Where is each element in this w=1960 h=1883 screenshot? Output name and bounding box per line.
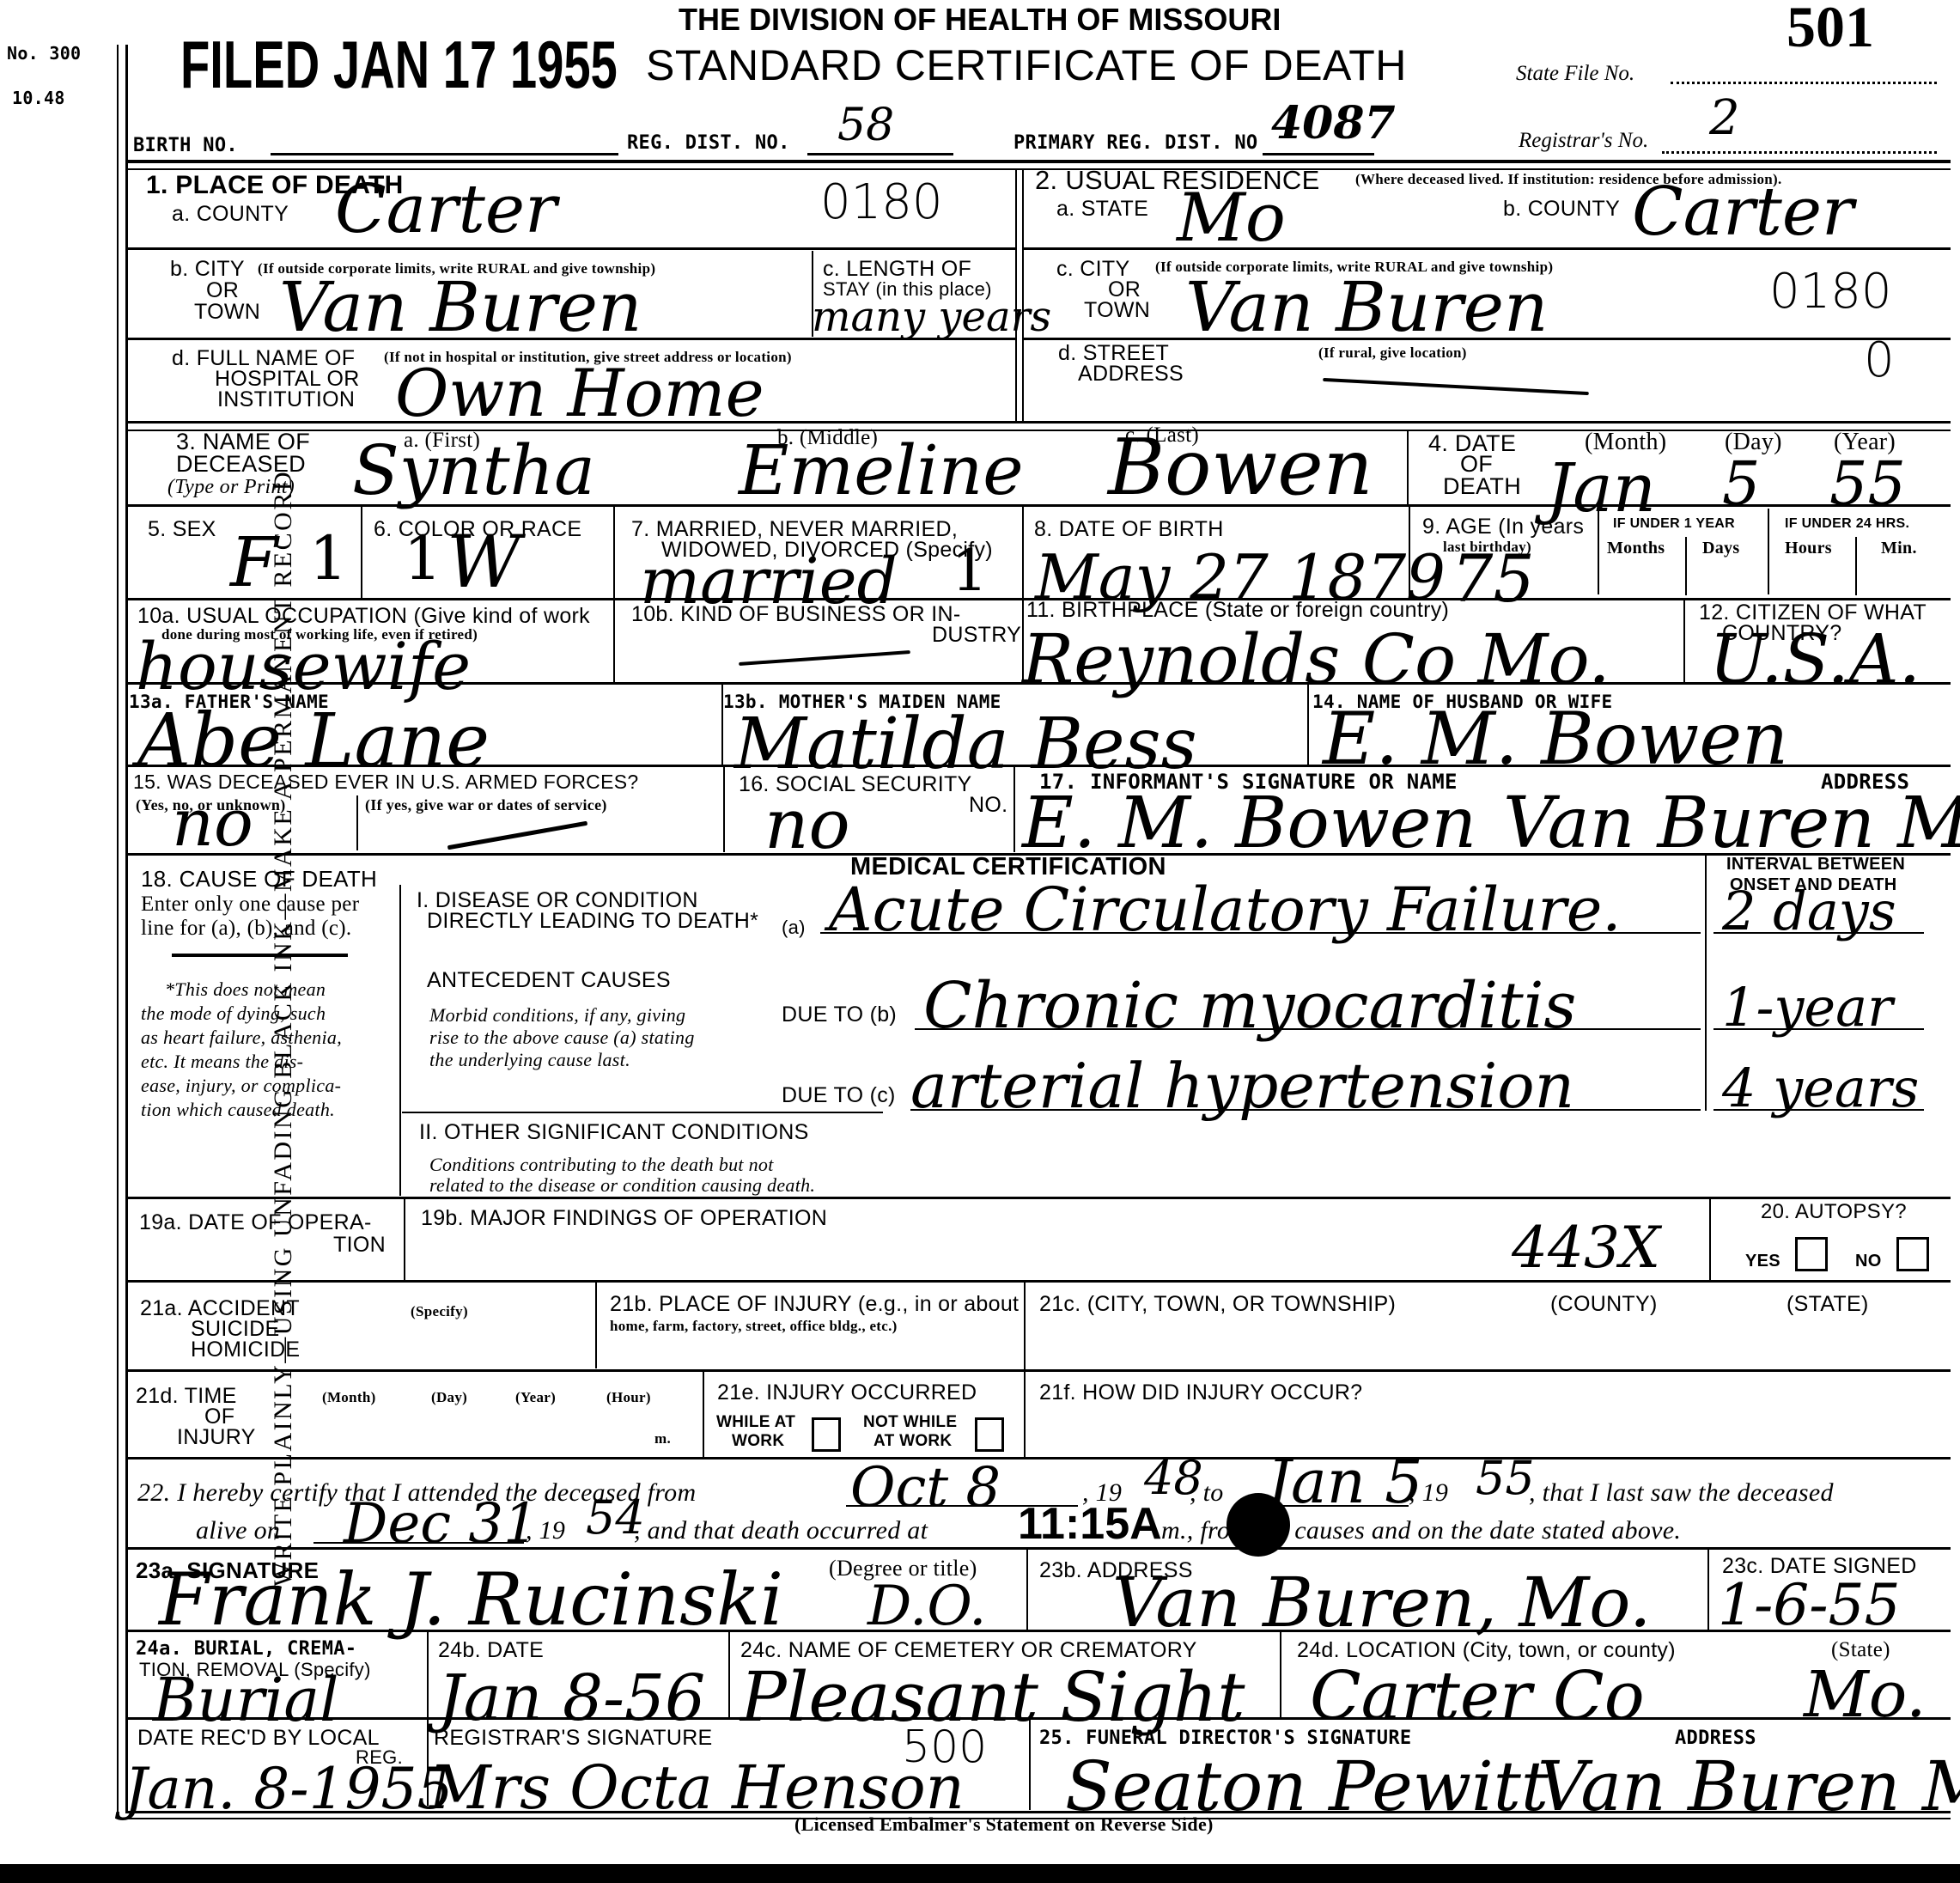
occupation-label: 10a. USUAL OCCUPATION (Give kind of work xyxy=(137,605,590,627)
birthplace-label: 11. BIRTHPLACE (State or foreign country… xyxy=(1026,599,1449,621)
cause-c-value[interactable]: arterial hypertension xyxy=(910,1055,1574,1117)
cause-note-3: as heart failure, asthenia, xyxy=(141,1027,342,1047)
county-value[interactable]: Carter xyxy=(335,176,557,243)
registrar-no-label: Registrar's No. xyxy=(1519,129,1648,153)
armed-forces-service-dash xyxy=(447,821,587,850)
form-number: No. 300 xyxy=(7,45,81,63)
age-value[interactable]: 75 xyxy=(1452,546,1535,612)
not-while-at-work-checkbox[interactable] xyxy=(975,1417,1004,1452)
ssn-value[interactable]: no xyxy=(764,790,850,859)
street-code: 0 xyxy=(1864,337,1895,385)
registrar-code: 500 xyxy=(902,1725,987,1770)
days-label: Days xyxy=(1702,539,1739,558)
or-label: OR xyxy=(206,279,239,302)
other-conditions-hint: Conditions contributing to the death but… xyxy=(429,1155,774,1174)
street-value-dash xyxy=(1323,378,1589,395)
footer-note: (Licensed Embalmer's Statement on Revers… xyxy=(794,1814,1214,1834)
interval-label: INTERVAL BETWEEN xyxy=(1726,856,1905,874)
other-conditions-hint-2: related to the disease or condition caus… xyxy=(429,1175,815,1195)
date-signed-value[interactable]: 1-6-55 xyxy=(1718,1577,1901,1634)
while-at-work-label: WHILE AT xyxy=(716,1414,795,1431)
primary-reg-dist-value: 4087 xyxy=(1271,101,1396,146)
disposition-date-value[interactable]: Jan 8-56 xyxy=(438,1667,705,1730)
physician-degree[interactable]: D.O. xyxy=(867,1579,986,1634)
while-at-work-checkbox[interactable] xyxy=(812,1417,841,1452)
injury-m-label: m. xyxy=(654,1431,671,1447)
reg-dist-label: REG. DIST. NO. xyxy=(627,133,790,153)
father-name-value[interactable]: Abe Lane xyxy=(137,704,490,778)
birth-no-label: BIRTH NO. xyxy=(133,136,238,155)
registrar-signature-label: REGISTRAR'S SIGNATURE xyxy=(434,1727,713,1749)
burial-label: 24a. BURIAL, CREMA- xyxy=(136,1639,356,1659)
cause-of-death-label: 18. CAUSE OF DEATH xyxy=(141,868,377,891)
first-name-value[interactable]: Syntha xyxy=(352,436,595,505)
city-label: b. CITY xyxy=(170,258,245,280)
residence-county-label: b. COUNTY xyxy=(1503,198,1620,220)
age-label: 9. AGE (In years xyxy=(1422,515,1584,538)
funeral-director-label: 25. FUNERAL DIRECTOR'S SIGNATURE xyxy=(1039,1728,1411,1748)
date-of-death-label-3: DEATH xyxy=(1443,474,1521,498)
injury-place-label: 21b. PLACE OF INJURY (e.g., in or about xyxy=(610,1293,1019,1315)
certify-line1-suffix: , that I last saw the deceased xyxy=(1529,1479,1834,1507)
while-at-work-label-2: WORK xyxy=(732,1433,784,1450)
physician-address-value[interactable]: Van Buren, Mo. xyxy=(1112,1569,1651,1637)
registrar-no-value: 2 xyxy=(1709,94,1740,143)
hospital-value[interactable]: Own Home xyxy=(395,361,764,426)
registrar-signature-value[interactable]: Mrs Octa Henson xyxy=(429,1758,965,1818)
birth-no-field[interactable] xyxy=(271,153,618,155)
months-label: Months xyxy=(1607,539,1665,558)
name-label-3: (Type or Print) xyxy=(167,477,295,498)
occupation-value[interactable]: housewife xyxy=(136,634,471,699)
cause-note-5: ease, injury, or complica- xyxy=(141,1076,341,1095)
burial-value[interactable]: Burial xyxy=(153,1670,339,1730)
sex-label: 5. SEX xyxy=(148,518,216,540)
burial-location-value[interactable]: Carter Co xyxy=(1310,1663,1645,1730)
alive-on-label: alive on xyxy=(196,1517,280,1545)
interval-a-value[interactable]: 2 days xyxy=(1722,885,1896,938)
antecedent-hint: Morbid conditions, if any, giving xyxy=(429,1005,685,1025)
injury-year-label: (Year) xyxy=(515,1390,556,1405)
county-code: 0180 xyxy=(820,179,943,227)
alive-year-prefix: , 19 xyxy=(526,1517,565,1545)
injury-state-label: (STATE) xyxy=(1787,1293,1869,1315)
street-hint: (If rural, give location) xyxy=(1318,345,1467,361)
sex-code: 1 xyxy=(309,528,348,588)
to-word: , to xyxy=(1190,1479,1224,1507)
not-while-at-work-label-2: AT WORK xyxy=(873,1433,952,1450)
race-value[interactable]: W xyxy=(447,526,520,598)
cause-note-4: etc. It means the dis- xyxy=(141,1051,303,1071)
other-conditions-label: II. OTHER SIGNIFICANT CONDITIONS xyxy=(419,1121,809,1143)
armed-forces-value[interactable]: no xyxy=(172,790,253,856)
business-label: 10b. KIND OF BUSINESS OR IN- xyxy=(631,603,961,625)
residence-county-value[interactable]: Carter xyxy=(1632,179,1853,246)
cause-note-2: the mode of dying, such xyxy=(141,1003,326,1023)
sex-value[interactable]: F xyxy=(230,528,278,597)
under-1yr-label: IF UNDER 1 YEAR xyxy=(1613,517,1735,532)
injury-month-label: (Month) xyxy=(322,1390,376,1405)
operation-date-label-2: TION xyxy=(333,1234,386,1256)
residence-city-value[interactable]: Van Buren xyxy=(1185,273,1549,342)
business-label-2: DUSTRY xyxy=(932,624,1021,646)
residence-city-code: 0180 xyxy=(1769,268,1892,316)
cause-a-marker: (a) xyxy=(782,917,806,937)
injury-specify-label: (Specify) xyxy=(411,1304,468,1319)
interval-b-value[interactable]: 1-year xyxy=(1722,981,1893,1034)
not-while-at-work-label: NOT WHILE xyxy=(863,1414,957,1431)
due-to-b-label: DUE TO (b) xyxy=(782,1003,897,1026)
attended-to-date[interactable]: Jan 5 xyxy=(1267,1452,1423,1512)
residence-town-label: TOWN xyxy=(1084,299,1150,321)
informant-value[interactable]: E. M. Bowen xyxy=(1022,789,1476,859)
injury-time-label-3: INJURY xyxy=(177,1426,256,1448)
injury-occurred-label: 21e. INJURY OCCURRED xyxy=(717,1381,977,1404)
hours-label: Hours xyxy=(1785,539,1832,558)
code-value: 443X xyxy=(1512,1220,1660,1277)
date-received-label: DATE REC'D BY LOCAL xyxy=(137,1727,380,1749)
county-label: a. COUNTY xyxy=(172,203,289,225)
time-of-death-value[interactable]: 11:15A xyxy=(1018,1502,1162,1546)
due-to-c-label: DUE TO (c) xyxy=(782,1084,896,1106)
operation-findings-label: 19b. MAJOR FINDINGS OF OPERATION xyxy=(421,1207,827,1229)
injury-location-label: 21c. (CITY, TOWN, OR TOWNSHIP) xyxy=(1039,1293,1396,1315)
scan-border xyxy=(0,1864,1960,1883)
antecedent-hint-3: the underlying cause last. xyxy=(429,1050,630,1069)
filed-stamp: FILED JAN 17 1955 xyxy=(180,26,618,104)
operation-date-label: 19a. DATE OF OPERA- xyxy=(139,1211,372,1234)
funeral-address-label: ADDRESS xyxy=(1675,1728,1756,1748)
injury-how-label: 21f. HOW DID INJURY OCCUR? xyxy=(1039,1381,1362,1404)
reg-dist-value: 58 xyxy=(837,103,894,148)
death-occurred-at-label: , and that death occurred at xyxy=(634,1517,928,1545)
name-label-2: DECEASED xyxy=(176,452,306,476)
injury-type-label-3: HOMICIDE xyxy=(191,1338,300,1361)
length-of-stay-label: c. LENGTH OF xyxy=(823,258,971,280)
dob-label: 8. DATE OF BIRTH xyxy=(1034,518,1224,540)
state-file-field[interactable] xyxy=(1671,82,1937,84)
injury-county-label: (COUNTY) xyxy=(1550,1293,1658,1315)
cause-note: *This does not mean xyxy=(165,979,326,999)
armed-forces-service-hint: (If yes, give war or dates of service) xyxy=(365,797,607,814)
autopsy-yes-label: YES xyxy=(1745,1252,1780,1271)
physician-signature[interactable]: Frank J. Rucinski xyxy=(159,1563,783,1636)
to-year-prefix: , 19 xyxy=(1409,1479,1448,1507)
certificate-number: 501 xyxy=(1787,0,1874,61)
part1-label-2: DIRECTLY LEADING TO DEATH* xyxy=(427,910,758,932)
form-top-border xyxy=(125,160,1951,163)
injury-place-label-2: home, farm, factory, street, office bldg… xyxy=(610,1319,898,1334)
cause-note-6: tion which caused death. xyxy=(141,1100,335,1119)
race-code: 1 xyxy=(404,528,442,588)
autopsy-label: 20. AUTOPSY? xyxy=(1761,1201,1907,1222)
autopsy-yes-checkbox[interactable] xyxy=(1795,1237,1828,1271)
street-label-2: ADDRESS xyxy=(1078,363,1184,385)
autopsy-no-label: NO xyxy=(1855,1252,1882,1271)
town-label: TOWN xyxy=(194,301,260,323)
state-value[interactable]: Mo xyxy=(1177,185,1286,252)
autopsy-no-checkbox[interactable] xyxy=(1896,1237,1929,1271)
antecedent-causes-label: ANTECEDENT CAUSES xyxy=(427,969,671,991)
cause-a-value[interactable]: Acute Circulatory Failure. xyxy=(829,880,1622,940)
disposition-date-label: 24b. DATE xyxy=(438,1639,544,1661)
hospital-label-3: INSTITUTION xyxy=(217,388,355,411)
cemetery-value[interactable]: Pleasant Sight xyxy=(740,1663,1245,1732)
state-file-label: State File No. xyxy=(1516,62,1634,86)
interval-c-value[interactable]: 4 years xyxy=(1722,1062,1919,1115)
form-revision: 10.48 xyxy=(12,89,65,107)
injury-hour-label: (Hour) xyxy=(606,1390,651,1405)
middle-name-value[interactable]: Emeline xyxy=(739,436,1024,505)
min-label: Min. xyxy=(1881,539,1917,558)
death-month-value[interactable]: Jan xyxy=(1546,455,1656,522)
last-name-value[interactable]: Bowen xyxy=(1108,430,1373,507)
state-label: a. STATE xyxy=(1056,198,1148,220)
agency-heading: THE DIVISION OF HEALTH OF MISSOURI xyxy=(679,3,1281,36)
ssn-label-2: NO. xyxy=(969,794,1007,816)
marital-code: 1 xyxy=(952,543,988,600)
cause-instructions-2: line for (a), (b), and (c). xyxy=(141,917,351,940)
page-title: STANDARD CERTIFICATE OF DEATH xyxy=(646,43,1407,88)
attended-from-date[interactable]: Oct 8 xyxy=(850,1460,1001,1515)
informant-address-value[interactable]: Van Buren Mo xyxy=(1503,789,1960,859)
date-received-value[interactable]: Jan. 8-1955 xyxy=(125,1761,453,1818)
antecedent-hint-2: rise to the above cause (a) stating xyxy=(429,1027,695,1047)
business-value-dash xyxy=(739,650,910,666)
attended-to-year[interactable]: 55 xyxy=(1476,1455,1535,1502)
under-24h-label: IF UNDER 24 HRS. xyxy=(1785,517,1909,532)
city-value[interactable]: Van Buren xyxy=(279,273,642,342)
primary-reg-dist-label: PRIMARY REG. DIST. NO xyxy=(1013,133,1257,153)
cause-instructions-1: Enter only one cause per xyxy=(141,893,359,916)
injury-day-label: (Day) xyxy=(431,1390,467,1405)
